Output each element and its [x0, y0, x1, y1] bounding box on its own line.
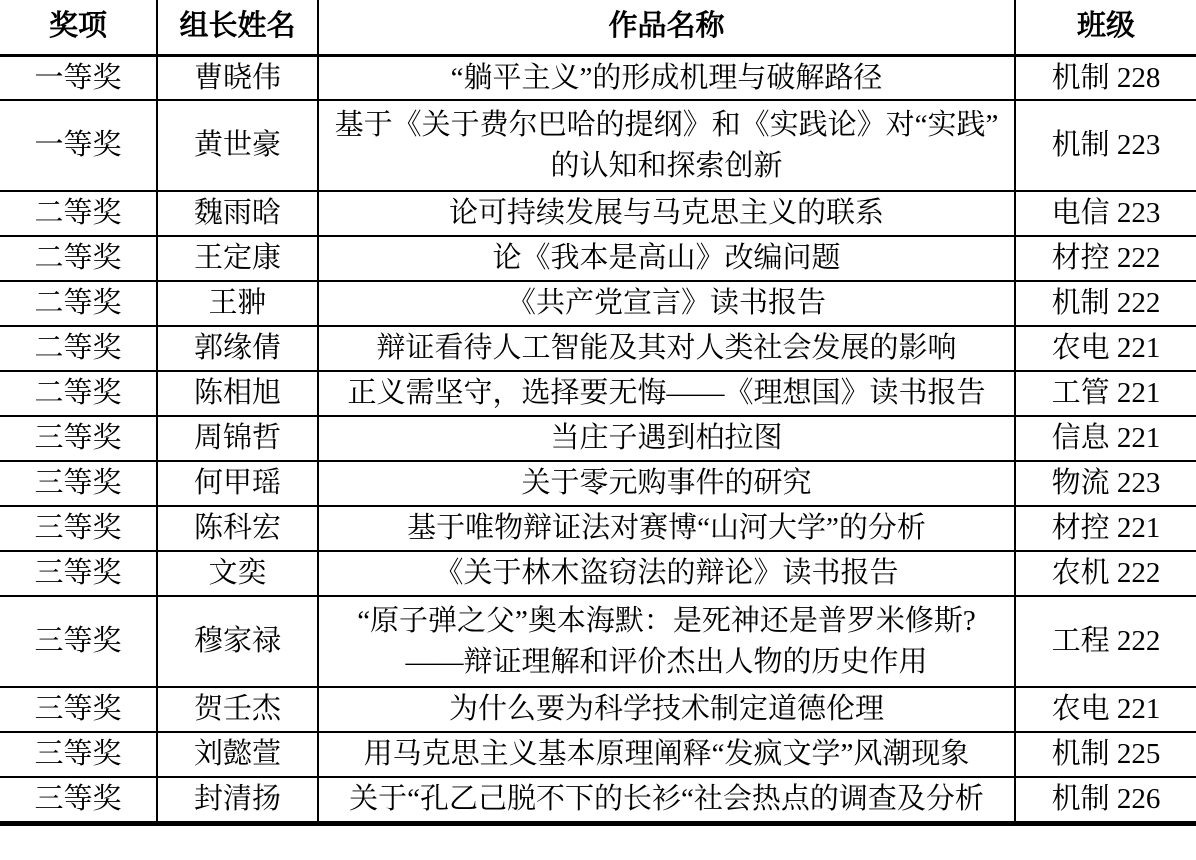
table-row: 二等奖 陈相旭 正义需坚守，选择要无悔——《理想国》读书报告 工管 221 [0, 371, 1196, 416]
title-cell: 《共产党宣言》读书报告 [318, 281, 1015, 326]
award-cell: 三等奖 [0, 687, 157, 732]
award-cell: 三等奖 [0, 777, 157, 823]
award-results-table: 奖项 组长姓名 作品名称 班级 一等奖 曹晓伟 “躺平主义”的形成机理与破解路径… [0, 0, 1196, 826]
table-row: 三等奖 穆家禄 “原子弹之父”奥本海默：是死神还是普罗米修斯? ——辩证理解和评… [0, 596, 1196, 687]
class-cell: 农电 221 [1015, 687, 1196, 732]
award-cell: 三等奖 [0, 506, 157, 551]
class-cell: 机制 225 [1015, 732, 1196, 777]
award-cell: 三等奖 [0, 551, 157, 596]
class-cell: 电信 223 [1015, 191, 1196, 236]
title-cell: 基于唯物辩证法对赛博“山河大学”的分析 [318, 506, 1015, 551]
award-cell: 一等奖 [0, 100, 157, 191]
table-body: 一等奖 曹晓伟 “躺平主义”的形成机理与破解路径 机制 228 一等奖 黄世豪 … [0, 55, 1196, 823]
award-cell: 三等奖 [0, 596, 157, 687]
column-header-class: 班级 [1015, 0, 1196, 55]
table-row: 一等奖 黄世豪 基于《关于费尔巴哈的提纲》和《实践论》对“实践” 的认知和探索创… [0, 100, 1196, 191]
leader-cell: 周锦哲 [157, 416, 318, 461]
table-row: 三等奖 贺壬杰 为什么要为科学技术制定道德伦理 农电 221 [0, 687, 1196, 732]
leader-cell: 曹晓伟 [157, 55, 318, 100]
class-cell: 信息 221 [1015, 416, 1196, 461]
class-cell: 农机 222 [1015, 551, 1196, 596]
title-cell: 正义需坚守，选择要无悔——《理想国》读书报告 [318, 371, 1015, 416]
award-cell: 二等奖 [0, 236, 157, 281]
title-cell: 《关于林木盗窃法的辩论》读书报告 [318, 551, 1015, 596]
class-cell: 工管 221 [1015, 371, 1196, 416]
title-cell: 论《我本是高山》改编问题 [318, 236, 1015, 281]
leader-cell: 刘懿萱 [157, 732, 318, 777]
leader-cell: 魏雨晗 [157, 191, 318, 236]
leader-cell: 王翀 [157, 281, 318, 326]
table-row: 二等奖 王定康 论《我本是高山》改编问题 材控 222 [0, 236, 1196, 281]
table-row: 三等奖 周锦哲 当庄子遇到柏拉图 信息 221 [0, 416, 1196, 461]
table-row: 二等奖 郭缘倩 辩证看待人工智能及其对人类社会发展的影响 农电 221 [0, 326, 1196, 371]
class-cell: 机制 226 [1015, 777, 1196, 823]
table-row: 二等奖 魏雨晗 论可持续发展与马克思主义的联系 电信 223 [0, 191, 1196, 236]
title-cell: 为什么要为科学技术制定道德伦理 [318, 687, 1015, 732]
class-cell: 物流 223 [1015, 461, 1196, 506]
title-cell: 当庄子遇到柏拉图 [318, 416, 1015, 461]
document-page: 奖项 组长姓名 作品名称 班级 一等奖 曹晓伟 “躺平主义”的形成机理与破解路径… [0, 0, 1196, 860]
class-cell: 农电 221 [1015, 326, 1196, 371]
leader-cell: 陈科宏 [157, 506, 318, 551]
award-cell: 三等奖 [0, 732, 157, 777]
table-row: 三等奖 陈科宏 基于唯物辩证法对赛博“山河大学”的分析 材控 221 [0, 506, 1196, 551]
table-row: 一等奖 曹晓伟 “躺平主义”的形成机理与破解路径 机制 228 [0, 55, 1196, 100]
title-cell: 关于零元购事件的研究 [318, 461, 1015, 506]
header-row: 奖项 组长姓名 作品名称 班级 [0, 0, 1196, 55]
leader-cell: 何甲瑶 [157, 461, 318, 506]
class-cell: 机制 223 [1015, 100, 1196, 191]
column-header-title: 作品名称 [318, 0, 1015, 55]
column-header-award: 奖项 [0, 0, 157, 55]
award-cell: 二等奖 [0, 326, 157, 371]
leader-cell: 黄世豪 [157, 100, 318, 191]
leader-cell: 文奕 [157, 551, 318, 596]
award-cell: 三等奖 [0, 416, 157, 461]
class-cell: 工程 222 [1015, 596, 1196, 687]
title-cell: 关于“孔乙己脱不下的长衫“社会热点的调查及分析 [318, 777, 1015, 823]
leader-cell: 穆家禄 [157, 596, 318, 687]
table-row: 三等奖 封清扬 关于“孔乙己脱不下的长衫“社会热点的调查及分析 机制 226 [0, 777, 1196, 823]
leader-cell: 陈相旭 [157, 371, 318, 416]
title-cell: 辩证看待人工智能及其对人类社会发展的影响 [318, 326, 1015, 371]
award-cell: 二等奖 [0, 371, 157, 416]
table-row: 二等奖 王翀 《共产党宣言》读书报告 机制 222 [0, 281, 1196, 326]
table-row: 三等奖 刘懿萱 用马克思主义基本原理阐释“发疯文学”风潮现象 机制 225 [0, 732, 1196, 777]
leader-cell: 王定康 [157, 236, 318, 281]
award-cell: 一等奖 [0, 55, 157, 100]
title-cell: 论可持续发展与马克思主义的联系 [318, 191, 1015, 236]
class-cell: 材控 221 [1015, 506, 1196, 551]
award-cell: 二等奖 [0, 281, 157, 326]
class-cell: 材控 222 [1015, 236, 1196, 281]
leader-cell: 封清扬 [157, 777, 318, 823]
award-cell: 二等奖 [0, 191, 157, 236]
title-cell: 用马克思主义基本原理阐释“发疯文学”风潮现象 [318, 732, 1015, 777]
table-header: 奖项 组长姓名 作品名称 班级 [0, 0, 1196, 55]
title-cell: 基于《关于费尔巴哈的提纲》和《实践论》对“实践” 的认知和探索创新 [318, 100, 1015, 191]
class-cell: 机制 228 [1015, 55, 1196, 100]
column-header-leader: 组长姓名 [157, 0, 318, 55]
leader-cell: 贺壬杰 [157, 687, 318, 732]
title-cell: “原子弹之父”奥本海默：是死神还是普罗米修斯? ——辩证理解和评价杰出人物的历史… [318, 596, 1015, 687]
class-cell: 机制 222 [1015, 281, 1196, 326]
leader-cell: 郭缘倩 [157, 326, 318, 371]
table-row: 三等奖 文奕 《关于林木盗窃法的辩论》读书报告 农机 222 [0, 551, 1196, 596]
title-cell: “躺平主义”的形成机理与破解路径 [318, 55, 1015, 100]
award-cell: 三等奖 [0, 461, 157, 506]
table-row: 三等奖 何甲瑶 关于零元购事件的研究 物流 223 [0, 461, 1196, 506]
